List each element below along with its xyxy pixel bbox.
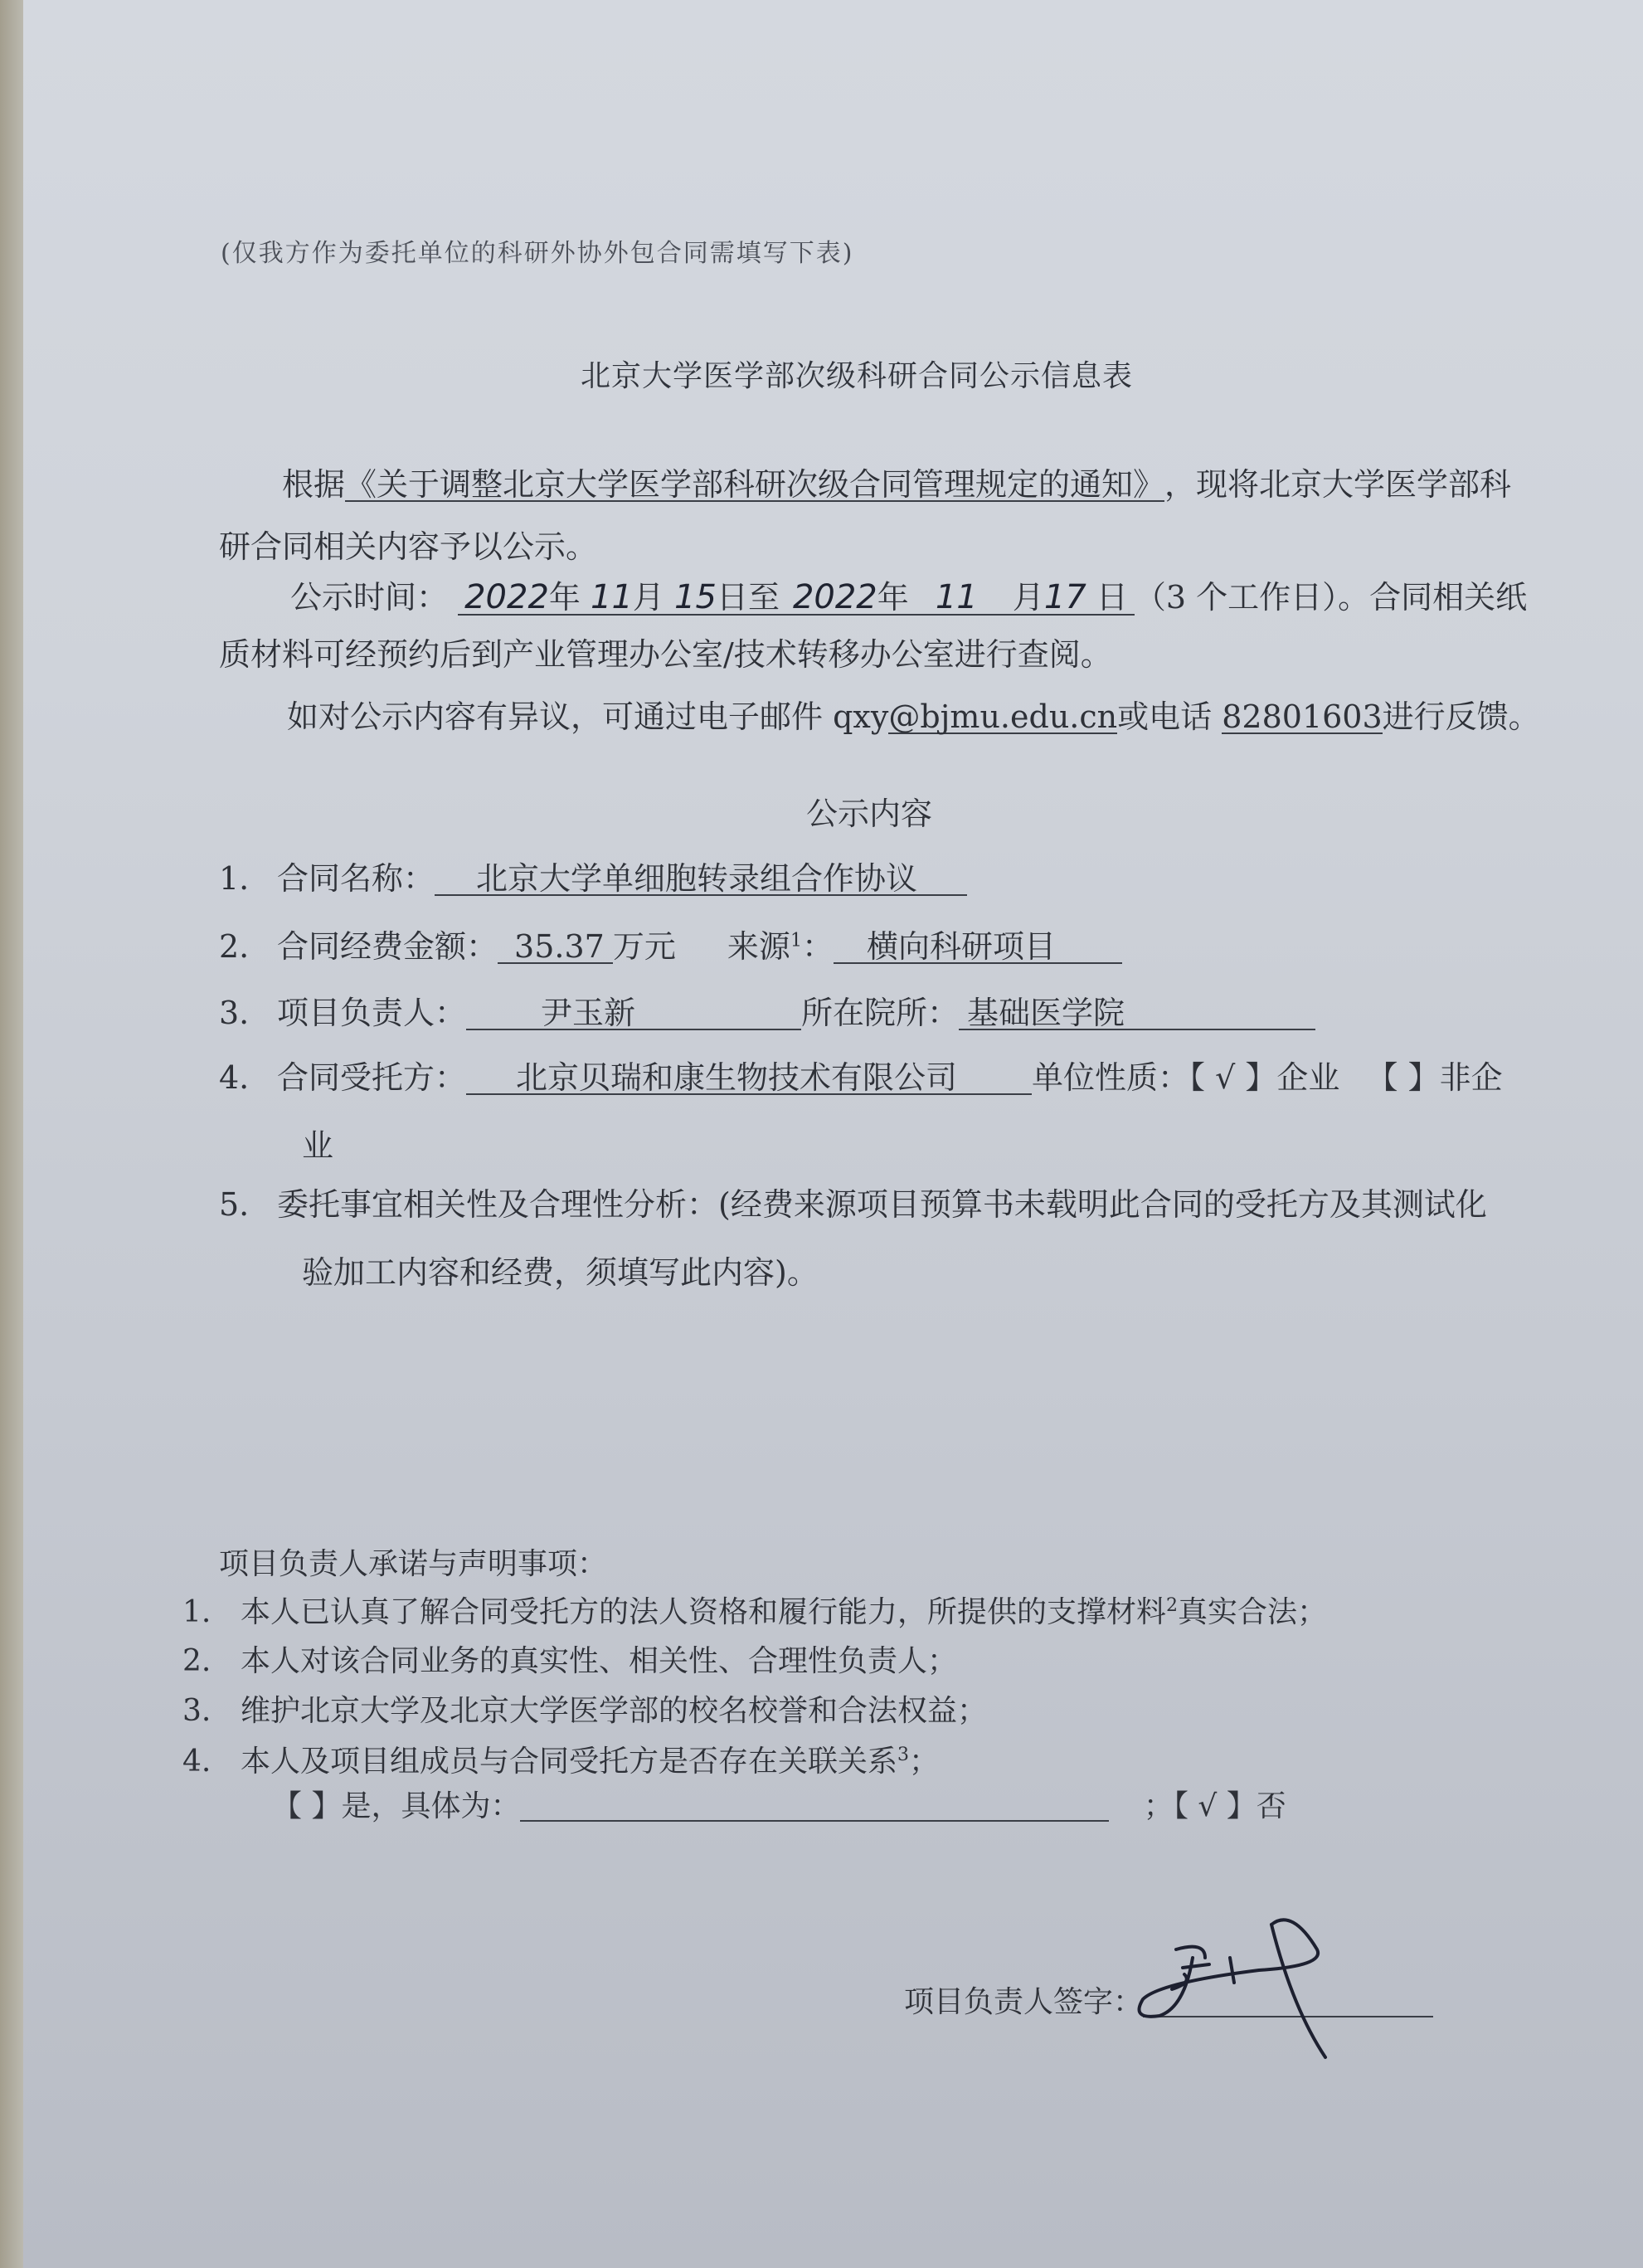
footnote-1: 1 — [790, 930, 802, 951]
month-char: 月 — [1013, 579, 1044, 616]
enterprise-option-label: 企业 — [1276, 1059, 1339, 1096]
pledge-item-2: 2.本人对该合同业务的真实性、相关性、合理性负责人； — [182, 1647, 957, 1677]
analysis-text-2: 验加工内容和经费，须填写此内容)。 — [302, 1257, 819, 1288]
feedback-line: 如对公示内容有异议，可通过电子邮件 qxy@bjmu.edu.cn或电话 828… — [287, 701, 1540, 734]
pledge-text: 本人及项目组成员与合同受托方是否存在关联关系 — [241, 1745, 897, 1779]
non-enterprise-checkbox[interactable]: 【 】 — [1367, 1059, 1440, 1096]
relation-detail-field[interactable] — [520, 1795, 1109, 1822]
pledge-item-3: 3.维护北京大学及北京大学医学部的校名校誉和合法权益； — [182, 1696, 987, 1726]
trustee-label: 合同受托方： — [277, 1059, 466, 1096]
end-date-field[interactable]: 2022年 11 月17 日 — [786, 581, 1135, 616]
period-label: 公示时间： — [290, 579, 448, 616]
day-char: 日 — [1096, 579, 1128, 616]
nature-label: 单位性质： — [1032, 1059, 1189, 1096]
period-line-2: 质材料可经预约后到产业管理办公室/技术转移办公室进行查阅。 — [219, 639, 1112, 670]
leader-field[interactable]: 尹玉新 — [466, 997, 801, 1030]
item-number: 4. — [219, 1062, 277, 1093]
intro-prefix: 根据 — [282, 466, 345, 503]
pledge-item-4: 4.本人及项目组成员与合同受托方是否存在关联关系3； — [182, 1746, 939, 1777]
item-number: 2. — [219, 931, 277, 962]
pledge-text: 本人对该合同业务的真实性、相关性、合理性负责人； — [241, 1644, 957, 1678]
item-number: 1. — [219, 863, 277, 894]
pledge-tail: 真实合法； — [1178, 1595, 1327, 1629]
feedback-prefix: 如对公示内容有异议，可通过电子邮件 qxy — [287, 698, 888, 735]
contract-name-label: 合同名称： — [277, 860, 435, 897]
item-contract-name: 1.合同名称：北京大学单细胞转录组合作协议 — [219, 863, 967, 896]
source-label: 来源 — [727, 928, 790, 965]
dept-field[interactable]: 基础医学院 — [959, 997, 1315, 1030]
analysis-text-1: 委托事宜相关性及合理性分析：(经费来源项目预算书未载明此合同的受托方及其测试化 — [277, 1186, 1487, 1223]
separator: ； — [1144, 1789, 1174, 1823]
relation-no-label: 否 — [1257, 1789, 1286, 1823]
non-enterprise-wrap: 业 — [302, 1130, 333, 1161]
pledge-text: 维护北京大学及北京大学医学部的校名校誉和合法权益； — [241, 1694, 987, 1728]
item-leader: 3.项目负责人：尹玉新所在院所：基础医学院 — [219, 997, 1315, 1030]
item-amount: 2.合同经费金额：35.37万元 来源1：横向科研项目 — [219, 931, 1122, 964]
contract-name-field[interactable]: 北京大学单细胞转录组合作协议 — [435, 863, 967, 896]
item-number: 4. — [182, 1747, 241, 1777]
item-analysis: 5.委托事宜相关性及合理性分析：(经费来源项目预算书未载明此合同的受托方及其测试… — [219, 1189, 1487, 1220]
item-number: 3. — [182, 1696, 241, 1726]
publicity-period: 公示时间： 2022年 11月 15日至 2022年 11 月17 日 （3 个… — [290, 581, 1527, 616]
enterprise-checkbox-checked[interactable]: 【 √ 】 — [1189, 1059, 1276, 1096]
item-number: 3. — [219, 997, 277, 1029]
regulation-doc-title: 《关于调整北京大学医学部科研次级合同管理规定的通知》 — [345, 469, 1164, 502]
section-title: 公示内容 — [806, 798, 932, 830]
footnote-2: 2 — [1166, 1595, 1178, 1616]
item-number: 5. — [219, 1189, 277, 1220]
end-month: 11 — [936, 578, 978, 616]
relation-yes-label: 是，具体为： — [341, 1789, 520, 1823]
year-char: 年 — [877, 579, 909, 616]
dept-label: 所在院所： — [801, 995, 959, 1031]
signature-label: 项目负责人签字： — [904, 1985, 1143, 2019]
amount-field[interactable]: 35.37 — [498, 931, 613, 964]
document-title: 北京大学医学部次级科研合同公示信息表 — [581, 353, 1133, 395]
period-suffix: （3 个工作日）。合同相关纸 — [1135, 579, 1527, 616]
pledge-tail: ； — [909, 1745, 939, 1779]
end-year: 2022 — [793, 578, 877, 616]
leader-label: 项目负责人： — [277, 995, 466, 1031]
amount-unit: 万元 — [613, 928, 676, 965]
end-day: 17 — [1044, 578, 1086, 616]
desk-background — [0, 0, 25, 2268]
feedback-suffix: 进行反馈。 — [1383, 698, 1540, 735]
start-day: 15 — [674, 578, 717, 616]
feedback-middle: 或电话 — [1117, 698, 1222, 735]
item-number: 2. — [182, 1647, 241, 1677]
start-date-field[interactable]: 2022年 11月 15日至 — [458, 581, 786, 616]
source-colon: ： — [802, 928, 834, 965]
start-month: 11 — [591, 578, 633, 616]
relation-no-checkbox-checked[interactable]: 【 √ 】 — [1174, 1789, 1257, 1823]
intro-line-2: 研合同相关内容予以公示。 — [219, 531, 597, 562]
item-number: 1. — [182, 1598, 241, 1628]
month-char: 月 — [633, 579, 664, 616]
year-char: 年 — [549, 579, 581, 616]
pledge-text: 本人已认真了解合同受托方的法人资格和履行能力，所提供的支撑材料 — [241, 1595, 1166, 1629]
usage-note: (仅我方作为委托单位的科研外协外包合同需填写下表) — [221, 232, 853, 269]
handwritten-signature — [1126, 1916, 1400, 2082]
trustee-field[interactable]: 北京贝瑞和康生物技术有限公司 — [466, 1062, 1032, 1095]
amount-label: 合同经费金额： — [277, 928, 498, 965]
pledge-title: 项目负责人承诺与声明事项： — [219, 1550, 607, 1579]
day-to: 日至 — [717, 579, 780, 616]
non-enterprise-option-label: 非企 — [1440, 1059, 1503, 1096]
feedback-phone[interactable]: 82801603 — [1222, 701, 1382, 734]
start-year: 2022 — [464, 578, 549, 616]
intro-line-1: 根据《关于调整北京大学医学部科研次级合同管理规定的通知》，现将北京大学医学部科 — [282, 469, 1511, 502]
relation-yes-checkbox[interactable]: 【 】 — [272, 1789, 341, 1823]
document-page: (仅我方作为委托单位的科研外协外包合同需填写下表) 北京大学医学部次级科研合同公… — [23, 0, 1643, 2268]
intro-suffix: ，现将北京大学医学部科 — [1164, 466, 1511, 503]
feedback-email-link[interactable]: @bjmu.edu.cn — [888, 701, 1117, 734]
pledge-item-1: 1.本人已认真了解合同受托方的法人资格和履行能力，所提供的支撑材料2真实合法； — [182, 1597, 1327, 1628]
item-trustee: 4.合同受托方：北京贝瑞和康生物技术有限公司单位性质：【 √ 】企业 【 】非企 — [219, 1062, 1503, 1095]
relation-options: 【 】是，具体为： ；【 √ 】否 — [272, 1792, 1286, 1822]
source-field[interactable]: 横向科研项目 — [834, 931, 1122, 964]
footnote-3: 3 — [897, 1745, 909, 1765]
